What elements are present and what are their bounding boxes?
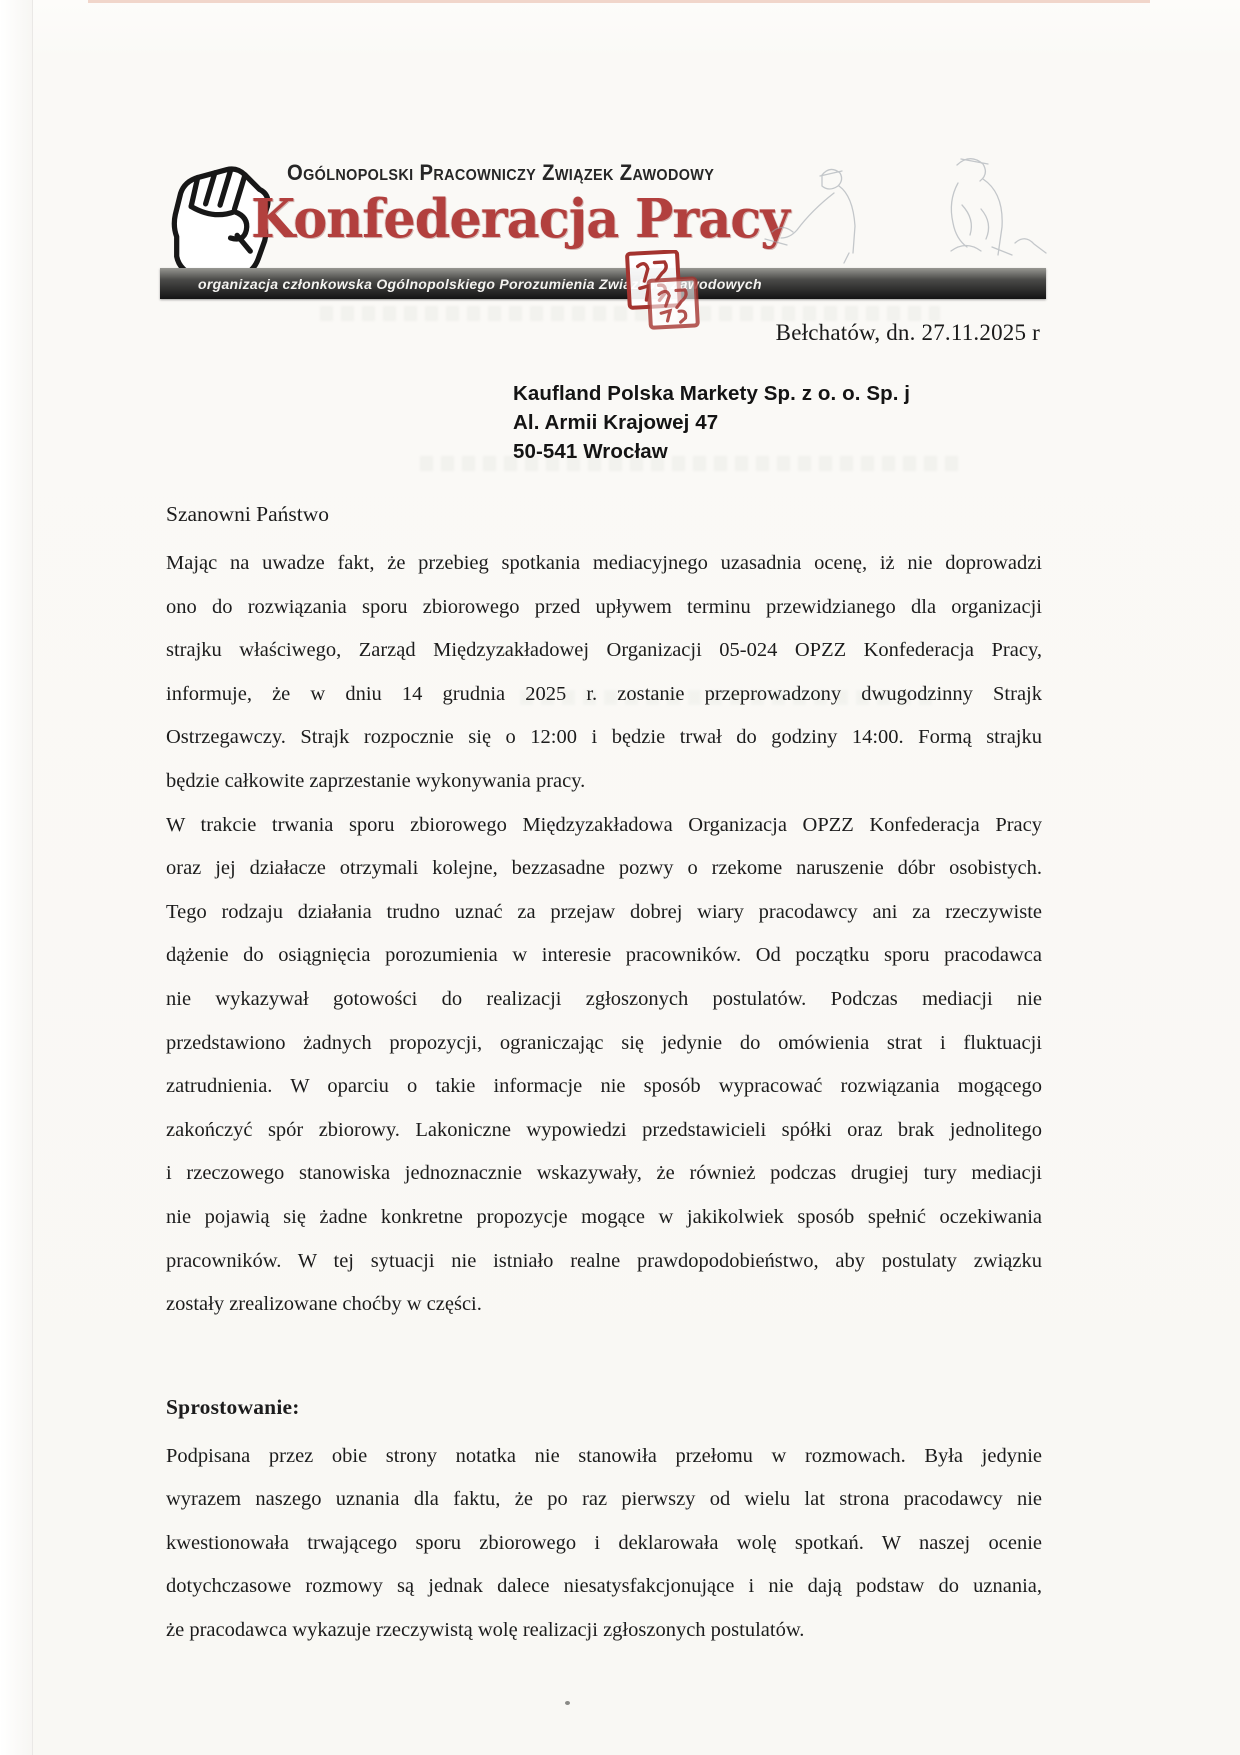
text-line: kwestionowała trwającego sporu zbioroweg… bbox=[166, 1522, 1042, 1566]
text-line: wyrazem naszego uznania dla faktu, że po… bbox=[166, 1478, 1042, 1522]
text-line: Ostrzegawczy. Strajk rozpocznie się o 12… bbox=[166, 716, 1042, 760]
text-line: zakończyć spór zbiorowy. Lakoniczne wypo… bbox=[166, 1109, 1042, 1153]
text-line: Podpisana przez obie strony notatka nie … bbox=[166, 1435, 1042, 1479]
scanned-letter-page: Ogólnopolski Pracowniczy Związek Zawodow… bbox=[0, 0, 1240, 1755]
text-line: dążenie do osiągnięcia porozumienia w in… bbox=[166, 934, 1042, 978]
letter-body: Szanowni Państwo Mając na uwadze fakt, ż… bbox=[166, 492, 1042, 1653]
recipient-name: Kaufland Polska Markety Sp. z o. o. Sp. … bbox=[513, 379, 910, 408]
text-line: W trakcie trwania sporu zbiorowego Międz… bbox=[166, 804, 1042, 848]
text-line: ono do rozwiązania sporu zbiorowego prze… bbox=[166, 586, 1042, 630]
text-line: oraz jej działacze otrzymali kolejne, be… bbox=[166, 847, 1042, 891]
text-line: przedstawiono żadnych propozycji, ograni… bbox=[166, 1022, 1042, 1066]
scan-left-edge bbox=[0, 0, 33, 1755]
salutation: Szanowni Państwo bbox=[166, 492, 1042, 536]
text-line: pracowników. W tej sytuacji nie istniało… bbox=[166, 1240, 1042, 1284]
org-name: Ogólnopolski Pracowniczy Związek Zawodow… bbox=[287, 160, 714, 186]
text-line: zatrudnienia. W oparciu o takie informac… bbox=[166, 1065, 1042, 1109]
brand-name: Konfederacja Pracy bbox=[251, 188, 789, 250]
correction-heading: Sprostowanie: bbox=[166, 1385, 1042, 1429]
text-line: Tego rodzaju działania trudno uznać za p… bbox=[166, 891, 1042, 935]
text-line: informuje, że w dniu 14 grudnia 2025 r. … bbox=[166, 673, 1042, 717]
recipient-address: Kaufland Polska Markety Sp. z o. o. Sp. … bbox=[513, 379, 910, 466]
membership-bar: organizacja członkowska Ogólnopolskiego … bbox=[160, 268, 1046, 299]
text-line: że pracodawca wykazuje rzeczywistą wolę … bbox=[166, 1609, 1042, 1653]
text-line: dotychczasowe rozmowy są jednak dalece n… bbox=[166, 1565, 1042, 1609]
text-line: Mając na uwadze fakt, że przebieg spotka… bbox=[166, 542, 1042, 586]
scan-top-edge bbox=[88, 0, 1150, 3]
text-line: nie wykazywał gotowości do realizacji zg… bbox=[166, 978, 1042, 1022]
paragraph-dispute-assessment: W trakcie trwania sporu zbiorowego Międz… bbox=[166, 804, 1042, 1327]
workers-sketch bbox=[752, 133, 1062, 271]
text-line: strajku właściwego, Zarząd Międzyzakłado… bbox=[166, 629, 1042, 673]
text-line: będzie całkowite zaprzestanie wykonywani… bbox=[166, 760, 1042, 804]
paragraph-correction: Podpisana przez obie strony notatka nie … bbox=[166, 1435, 1042, 1653]
scan-dot-artifact bbox=[565, 1701, 570, 1705]
recipient-street: Al. Armii Krajowej 47 bbox=[513, 408, 910, 437]
text-line: zostały zrealizowane choćby w części. bbox=[166, 1283, 1042, 1327]
paragraph-strike-announcement: Mając na uwadze fakt, że przebieg spotka… bbox=[166, 542, 1042, 804]
text-line: i rzeczowego stanowiska jednoznacznie ws… bbox=[166, 1152, 1042, 1196]
dateline: Bełchatów, dn. 27.11.2025 r bbox=[620, 320, 1040, 346]
recipient-city: 50-541 Wrocław bbox=[513, 437, 910, 466]
text-line: nie pojawią się żadne konkretne propozyc… bbox=[166, 1196, 1042, 1240]
